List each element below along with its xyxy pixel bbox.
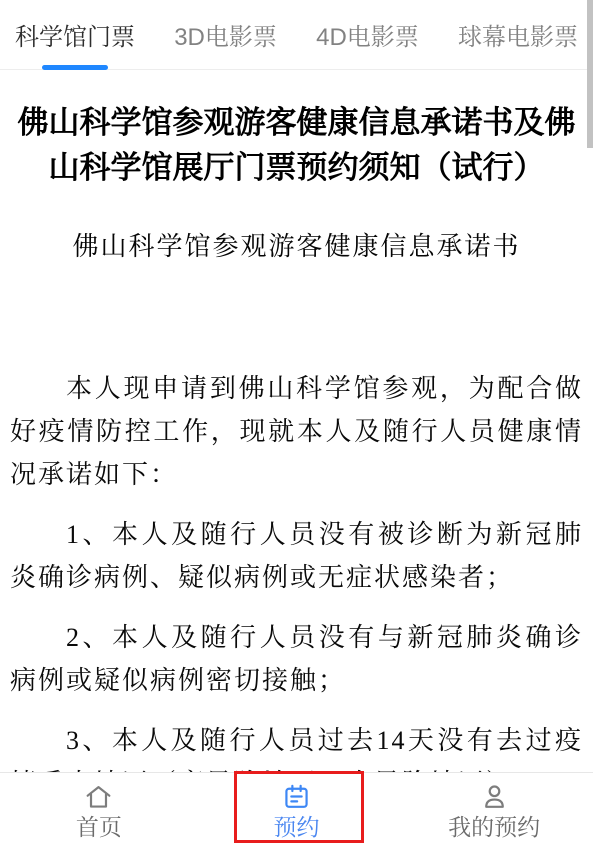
nav-item-my-bookings[interactable]: 我的预约	[395, 773, 593, 847]
paragraph-item-2: 2、本人及随行人员没有与新冠肺炎确诊病例或疑似病例密切接触；	[10, 616, 583, 702]
nav-label-home: 首页	[76, 816, 122, 839]
tab-science-museum-ticket[interactable]: 科学馆门票	[15, 0, 135, 69]
user-icon	[479, 782, 510, 813]
paragraph-intro: 本人现申请到佛山科学馆参观，为配合做好疫情防控工作，现就本人及随行人员健康情况承…	[10, 367, 583, 496]
active-tab-underline	[42, 65, 108, 70]
ticket-type-tabbar: 科学馆门票 3D电影票 4D电影票 球幕电影票	[0, 0, 593, 70]
tab-dome-movie-ticket[interactable]: 球幕电影票	[458, 0, 578, 69]
document-subtitle: 佛山科学馆参观游客健康信息承诺书	[10, 226, 583, 263]
tab-label: 科学馆门票	[15, 17, 135, 52]
tab-label: 球幕电影票	[458, 17, 578, 52]
nav-item-booking[interactable]: 预约	[198, 773, 396, 847]
paragraph-item-1: 1、本人及随行人员没有被诊断为新冠肺炎确诊病例、疑似病例或无症状感染者；	[10, 513, 583, 599]
scrollbar-thumb[interactable]	[587, 0, 593, 148]
tab-4d-movie-ticket[interactable]: 4D电影票	[316, 0, 419, 69]
tab-label: 4D电影票	[316, 17, 419, 52]
home-icon	[83, 782, 114, 813]
tab-label: 3D电影票	[174, 17, 277, 52]
nav-label-my-bookings: 我的预约	[448, 816, 540, 839]
document-title: 佛山科学馆参观游客健康信息承诺书及佛山科学馆展厅门票预约须知（试行）	[10, 100, 583, 190]
tab-3d-movie-ticket[interactable]: 3D电影票	[174, 0, 277, 69]
nav-item-home[interactable]: 首页	[0, 773, 198, 847]
booking-clipboard-icon	[281, 782, 312, 813]
notice-document: 佛山科学馆参观游客健康信息承诺书及佛山科学馆展厅门票预约须知（试行） 佛山科学馆…	[0, 100, 593, 805]
nav-label-booking: 预约	[274, 816, 320, 839]
bottom-navbar: 首页 预约 我的预约	[0, 772, 593, 847]
